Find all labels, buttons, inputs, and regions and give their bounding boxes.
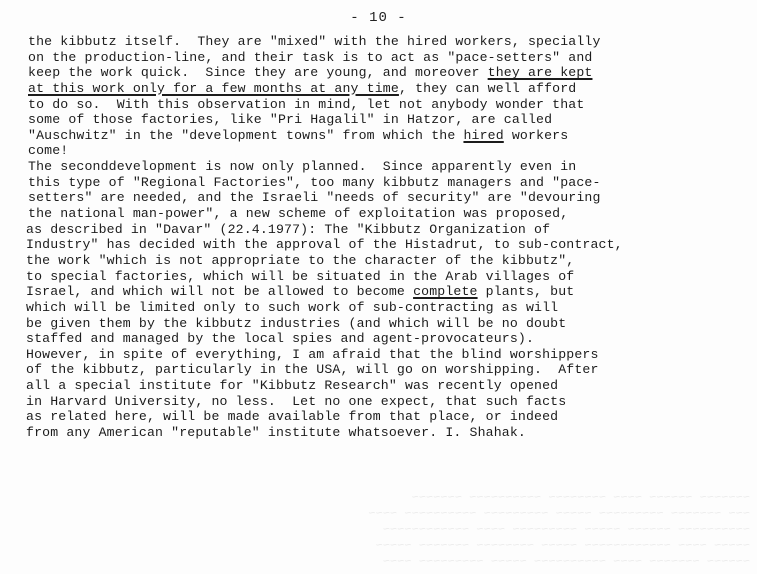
page-number: - 10 - <box>0 10 757 26</box>
text-run: as described in "Davar" (22.4.1977): The… <box>26 222 550 237</box>
text-line: in Harvard University, no less. Let no o… <box>26 394 757 410</box>
text-run: of the kibbutz, particularly in the USA,… <box>26 362 599 377</box>
text-line: as related here, will be made available … <box>26 409 757 425</box>
text-line: this type of "Regional Factories", too m… <box>28 175 757 191</box>
text-line: However, in spite of everything, I am af… <box>26 347 757 363</box>
text-run: , they can well afford <box>399 81 576 96</box>
text-run: keep the work quick. Since they are youn… <box>28 65 488 80</box>
text-line: to special factories, which will be situ… <box>26 269 757 285</box>
text-line: at this work only for a few months at an… <box>28 81 757 97</box>
text-run: in Harvard University, no less. Let no o… <box>26 394 566 409</box>
text-line: Israel, and which will not be allowed to… <box>26 284 757 300</box>
text-run: to do so. With this observation in mind,… <box>28 97 584 112</box>
text-run: plants, but <box>478 284 575 299</box>
text-run: on the production-line, and their task i… <box>28 50 592 65</box>
text-run: come! <box>28 143 68 158</box>
text-run: setters" are needed, and the Israeli "ne… <box>28 190 601 205</box>
text-line: Industry" has decided with the approval … <box>26 237 757 253</box>
text-run: some of those factories, like "Pri Hagal… <box>28 112 552 127</box>
text-line: as described in "Davar" (22.4.1977): The… <box>26 222 757 238</box>
text-line: the national man-power", a new scheme of… <box>28 206 757 222</box>
text-run: "Auschwitz" in the "development towns" f… <box>28 128 463 143</box>
text-run: as related here, will be made available … <box>26 409 558 424</box>
text-run: staffed and managed by the local spies a… <box>26 331 534 346</box>
text-run: from any American "reputable" institute … <box>26 425 526 440</box>
text-line: setters" are needed, and the Israeli "ne… <box>28 190 757 206</box>
text-line: the kibbutz itself. They are "mixed" wit… <box>28 34 757 50</box>
text-run: the work "which is not appropriate to th… <box>26 253 574 268</box>
underlined-text: they are kept <box>488 65 593 80</box>
underlined-text: hired <box>463 128 503 143</box>
text-run: to special factories, which will be situ… <box>26 269 574 284</box>
text-run: the kibbutz itself. They are "mixed" wit… <box>28 34 601 49</box>
text-line: on the production-line, and their task i… <box>28 50 757 66</box>
text-run: Israel, and which will not be allowed to… <box>26 284 413 299</box>
text-run: which will be limited only to such work … <box>26 300 558 315</box>
text-line: to do so. With this observation in mind,… <box>28 97 757 113</box>
text-run: the national man-power", a new scheme of… <box>28 206 568 221</box>
text-line: which will be limited only to such work … <box>26 300 757 316</box>
text-line: keep the work quick. Since they are youn… <box>28 65 757 81</box>
underlined-text: complete <box>413 284 478 299</box>
document-page: - 10 - the kibbutz itself. They are "mix… <box>0 0 757 574</box>
text-run: The seconddevelopment is now only planne… <box>28 159 576 174</box>
text-line: from any American "reputable" institute … <box>26 425 757 441</box>
text-line: be given them by the kibbutz industries … <box>26 316 757 332</box>
text-line: come! <box>28 143 757 159</box>
text-line: all a special institute for "Kibbutz Res… <box>26 378 757 394</box>
text-line: some of those factories, like "Pri Hagal… <box>28 112 757 128</box>
text-run: However, in spite of everything, I am af… <box>26 347 599 362</box>
text-run: workers <box>504 128 569 143</box>
text-line: of the kibbutz, particularly in the USA,… <box>26 362 757 378</box>
text-line: the work "which is not appropriate to th… <box>26 253 757 269</box>
text-line: The seconddevelopment is now only planne… <box>28 159 757 175</box>
text-run: Industry" has decided with the approval … <box>26 237 623 252</box>
text-run: all a special institute for "Kibbutz Res… <box>26 378 558 393</box>
text-run: this type of "Regional Factories", too m… <box>28 175 601 190</box>
underlined-text: at this work only for a few months at an… <box>28 81 399 96</box>
text-run: be given them by the kibbutz industries … <box>26 316 566 331</box>
text-line: "Auschwitz" in the "development towns" f… <box>28 128 757 144</box>
body-text: the kibbutz itself. They are "mixed" wit… <box>28 34 757 441</box>
text-line: staffed and managed by the local spies a… <box>26 331 757 347</box>
bleed-through-texture: ~~~~~~~ ~~~~~~ ~~~~ ~~~~~~~~ ~~~~~~~~~~ … <box>60 490 750 570</box>
